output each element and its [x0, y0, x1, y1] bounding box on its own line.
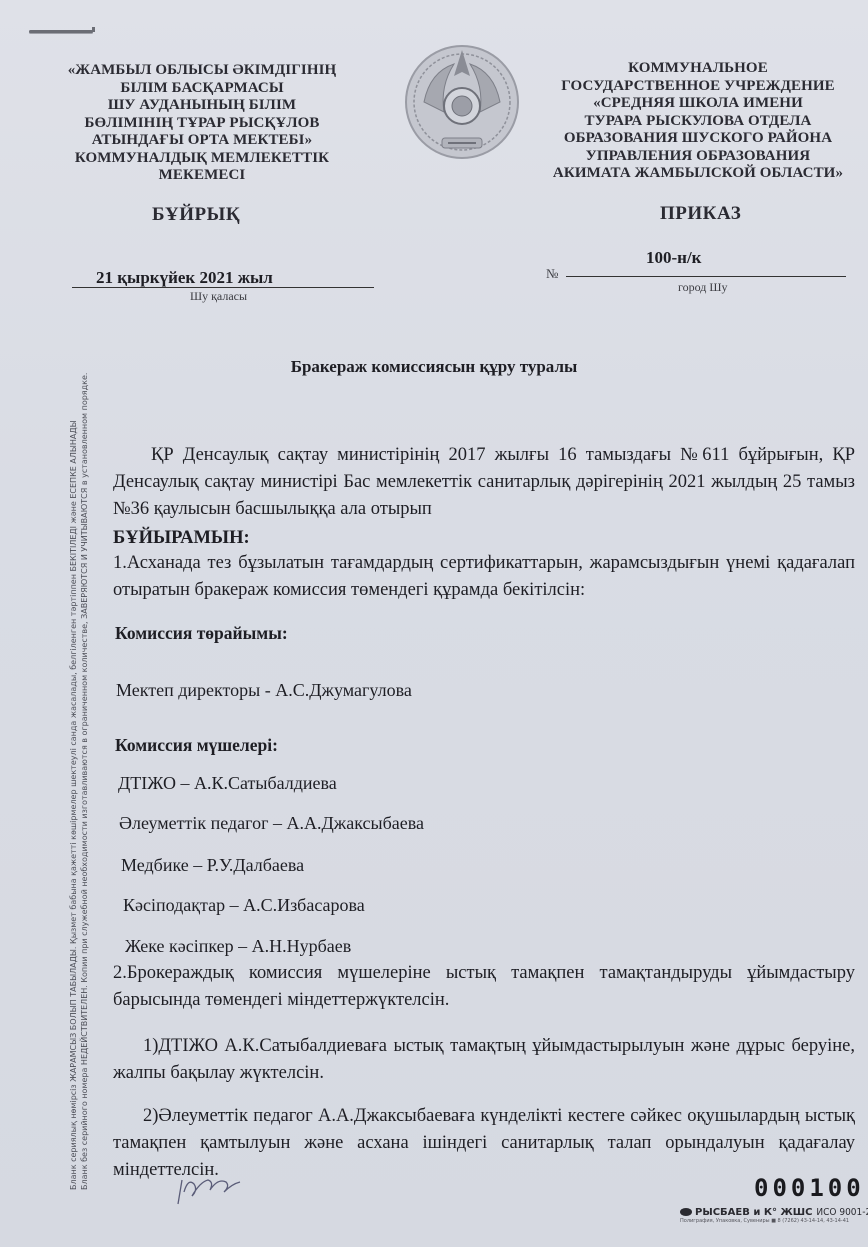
city-kz: Шу қаласы [190, 289, 247, 304]
member-item: Жеке кәсіпкер – А.Н.Нурбаев [125, 936, 351, 957]
intro-text: ҚР Денсаулық сақтау министірінің 2017 жы… [113, 445, 855, 519]
org-kz-line: «ЖАМБЫЛ ОБЛЫСЫ ӘКІМДІГІНІҢ [52, 62, 352, 80]
order-number: 100-н/к [646, 248, 701, 268]
member-item: Әлеуметтік педагог – А.А.Джаксыбаева [119, 813, 424, 834]
org-name-kz: «ЖАМБЫЛ ОБЛЫСЫ ӘКІМДІГІНІҢ БІЛІМ БАСҚАРМ… [52, 62, 352, 185]
org-kz-line: БӨЛІМІНІҢ ТҰРАР РЫСҚҰЛОВ [52, 115, 352, 133]
org-ru-line: УПРАВЛЕНИЯ ОБРАЗОВАНИЯ [548, 148, 848, 166]
item-2-1-text: 1)ДТІЖО А.К.Сатыбалдиеваға ыстық тамақты… [113, 1036, 855, 1083]
number-underline [566, 276, 846, 277]
chair-person: Мектеп директоры - А.С.Джумагулова [116, 680, 412, 701]
side-notice-line-2: Бланк без серийного номера НЕДЕЙСТВИТЕЛЕ… [79, 390, 90, 1190]
handwritten-signature-icon [170, 1170, 250, 1210]
item-2-1-paragraph: 1)ДТІЖО А.К.Сатыбалдиеваға ыстық тамақты… [113, 1033, 855, 1087]
members-label: Комиссия мүшелері: [115, 735, 278, 756]
org-ru-line: ГОСУДАРСТВЕННОЕ УЧРЕЖДЕНИЕ [548, 78, 848, 96]
org-ru-line: АКИМАТА ЖАМБЫЛСКОЙ ОБЛАСТИ» [548, 165, 848, 183]
org-ru-line: «СРЕДНЯЯ ШКОЛА ИМЕНИ [548, 95, 848, 113]
org-ru-line: ТУРАРА РЫСКУЛОВА ОТДЕЛА [548, 113, 848, 131]
order-date: 21 қыркүйек 2021 жыл [96, 268, 273, 288]
printer-contacts: Полиграфия, Упаковка, Сувениры ■ 8 (7262… [680, 1218, 858, 1224]
document-page: Бланк сериялық нөмірсіз ЖАРАМСЫЗ БОЛЫП Т… [0, 0, 868, 1247]
staple-mark [29, 30, 93, 33]
blank-serial-number: 000100 [754, 1174, 865, 1202]
member-item: Кәсіподақтар – А.С.Избасарова [123, 895, 365, 916]
printer-imprint: РЫСБАЕВ и К° ЖШСИСО 9001-2009 Полиграфия… [680, 1207, 858, 1224]
item-2-text: 2.Брокераждық комиссия мүшелеріне ыстық … [113, 963, 855, 1010]
chair-label: Комиссия төрайымы: [115, 623, 288, 644]
item-2-paragraph: 2.Брокераждық комиссия мүшелеріне ыстық … [113, 960, 855, 1014]
member-item: ДТІЖО – А.К.Сатыбалдиева [118, 773, 337, 794]
org-ru-line: ОБРАЗОВАНИЯ ШУСКОГО РАЙОНА [548, 130, 848, 148]
doc-type-ru: ПРИКАЗ [660, 203, 741, 225]
side-notice: Бланк сериялық нөмірсіз ЖАРАМСЫЗ БОЛЫП Т… [68, 390, 90, 1190]
intro-paragraph: ҚР Денсаулық сақтау министірінің 2017 жы… [113, 442, 855, 523]
org-kz-line: МЕКЕМЕСІ [52, 167, 352, 185]
order-subject: Бракераж комиссиясын құру туралы [0, 357, 868, 377]
item-1-paragraph: 1.Асханада тез бұзылатын тағамдардың сер… [113, 550, 855, 604]
printer-name: РЫСБАЕВ и К° ЖШС [695, 1207, 812, 1218]
side-notice-line-1: Бланк сериялық нөмірсіз ЖАРАМСЫЗ БОЛЫП Т… [68, 390, 79, 1190]
item-1-text: 1.Асханада тез бұзылатын тағамдардың сер… [113, 553, 855, 600]
kazakhstan-state-emblem-icon [404, 42, 520, 160]
order-word: БҰЙЫРАМЫН: [113, 528, 250, 549]
org-kz-line: АТЫНДАҒЫ ОРТА МЕКТЕБІ» [52, 132, 352, 150]
date-underline [72, 287, 374, 288]
org-kz-line: БІЛІМ БАСҚАРМАСЫ [52, 80, 352, 98]
item-2-2-text: 2)Әлеуметтік педагог А.А.Джаксыбаеваға к… [113, 1106, 855, 1180]
member-item: Медбике – Р.У.Далбаева [121, 855, 304, 876]
org-kz-line: ШУ АУДАНЫНЫҢ БІЛІМ [52, 97, 352, 115]
iso-standard: ИСО 9001-2009 [816, 1207, 868, 1218]
number-sign: № [546, 266, 558, 282]
doc-type-kz: БҰЙРЫҚ [152, 204, 240, 226]
city-ru: город Шу [678, 280, 728, 295]
org-kz-line: КОММУНАЛДЫҚ МЕМЛЕКЕТТІК [52, 150, 352, 168]
org-ru-line: КОММУНАЛЬНОЕ [548, 60, 848, 78]
printer-logo-icon [680, 1208, 692, 1216]
org-name-ru: КОММУНАЛЬНОЕ ГОСУДАРСТВЕННОЕ УЧРЕЖДЕНИЕ … [548, 60, 848, 183]
